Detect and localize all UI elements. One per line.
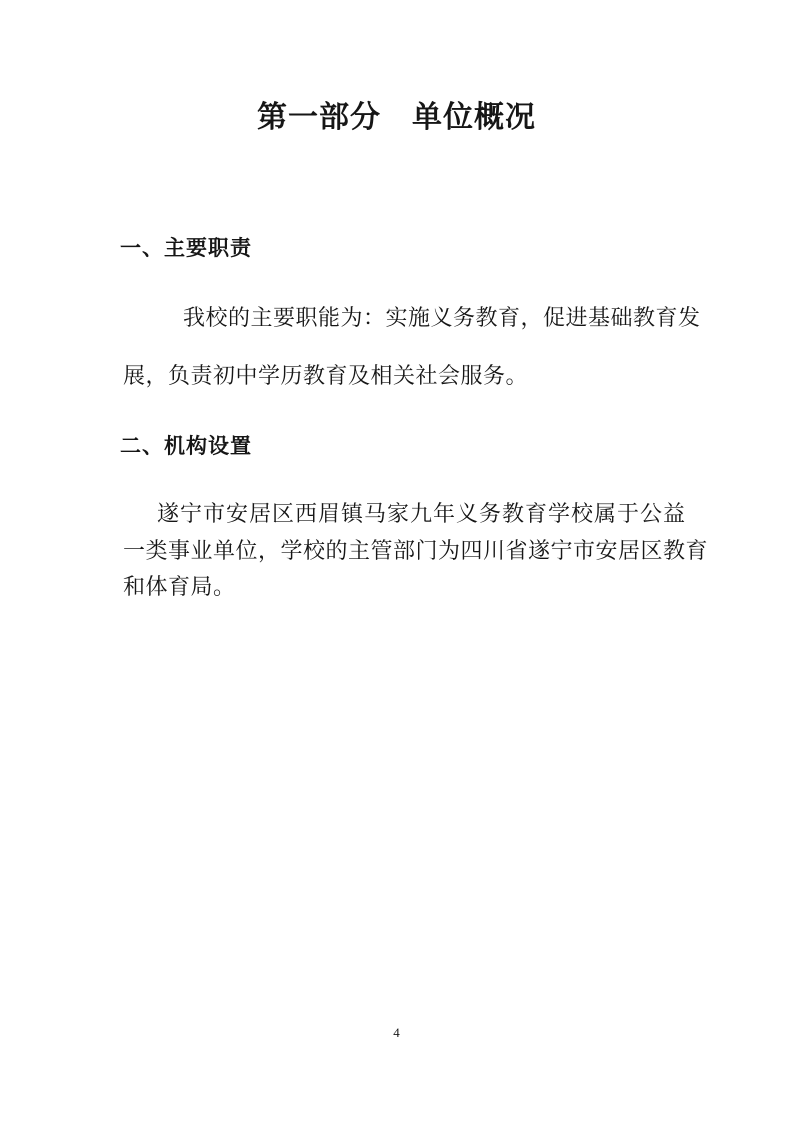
paragraph-line: 一类事业单位，学校的主管部门为四川省遂宁市安居区教育: [123, 538, 708, 564]
paragraph-line: 我校的主要职能为：实施义务教育，促进基础教育发: [183, 305, 701, 331]
document-page: 第一部分 单位概况 一、主要职责 我校的主要职能为：实施义务教育，促进基础教育发…: [0, 0, 793, 1122]
paragraph-line: 遂宁市安居区西眉镇马家九年义务教育学校属于公益: [157, 501, 686, 527]
paragraph-line: 展，负责初中学历教育及相关社会服务。: [123, 363, 528, 389]
section-heading-main-duties: 一、主要职责: [120, 236, 252, 261]
paragraph-line: 和体育局。: [123, 574, 236, 600]
page-title: 第一部分 单位概况: [0, 99, 793, 137]
page-number: 4: [0, 1025, 793, 1041]
section-heading-organization-setup: 二、机构设置: [120, 434, 252, 459]
